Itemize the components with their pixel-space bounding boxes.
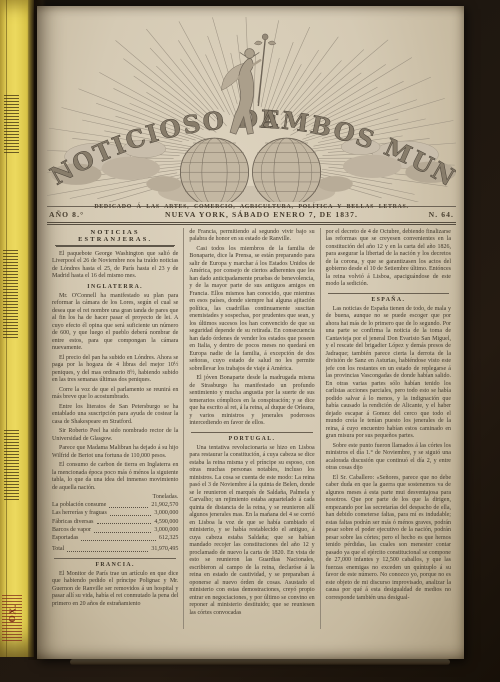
table-row: Esportadas612,325	[52, 535, 178, 542]
paragraph: Corre la voz de que el parlamento se reu…	[52, 387, 178, 402]
paragraph: por el decreto de 4 de Octubre, debiendo…	[326, 229, 451, 289]
paragraph: Las noticias de España tienen de todo, d…	[326, 306, 451, 441]
masthead: NOTICIOSO DE AMBOS MUNDOS DEDICADO Á LAS…	[47, 10, 456, 202]
table-row: Barcos de vapor3,000,000	[52, 527, 178, 534]
dot-leader	[67, 551, 148, 552]
paragraph: Entre los literatos de San Petersburgo s…	[52, 404, 178, 427]
subhead-espana: ESPAÑA.	[326, 297, 451, 303]
dateline-number: N. 64.	[402, 210, 454, 219]
section-header-noticias-estranjeras: NOTICIAS ESTRANJERAS.	[55, 229, 175, 246]
subhead-portugal: PORTUGAL.	[189, 436, 314, 442]
newspaper-page: NOTICIOSO DE AMBOS MUNDOS DEDICADO Á LAS…	[37, 6, 464, 659]
paragraph: Sir Roberto Peel ha sido nombrado rector…	[52, 428, 178, 443]
edge-spine-text: OX.	[7, 603, 18, 622]
dot-leader	[94, 532, 151, 533]
dot-leader	[110, 515, 152, 516]
section-rule	[54, 558, 176, 559]
table-unit-label: Toneladas.	[52, 494, 178, 500]
paragraph: El Monitor de París trae un artículo en …	[52, 571, 178, 609]
paragraph: Mr. O'Connell ha manifestado su plan par…	[52, 293, 178, 353]
table-row: La población consume21,902,570	[52, 502, 178, 509]
dateline-volume: AÑO 8.°	[49, 210, 121, 219]
column-middle: de Francia, permitiendo al segundo vivir…	[183, 228, 319, 629]
paragraph: Sobre este punto fueron llamados á las c…	[326, 443, 451, 473]
section-rule	[191, 432, 312, 433]
column-left: NOTICIAS ESTRANJERAS. El paquebote Georg…	[47, 228, 183, 629]
paragraph: El consumo de carbon de tierra en Inglat…	[52, 462, 178, 492]
paragraph: Una tentativa revolucionaria se hizo en …	[189, 445, 314, 618]
dot-leader	[109, 507, 148, 508]
paragraph: de Francia, permitiendo al segundo vivir…	[189, 229, 314, 244]
masthead-engraving: NOTICIOSO DE AMBOS MUNDOS	[47, 10, 456, 202]
dot-leader	[97, 523, 152, 524]
table-total-row: Total31,970,495	[52, 546, 178, 553]
globe-right-icon	[252, 138, 320, 202]
subhead-francia: FRANCIA.	[52, 562, 178, 568]
paragraph: Casi todos los miembros de la familia de…	[189, 246, 314, 374]
edge-print-smudge	[4, 95, 19, 155]
table-row: Las herrerías y fraguas3,000,000	[52, 510, 178, 517]
book-scan: { "edge": { "spine_text": "OX." }, "mast…	[0, 0, 500, 682]
article-columns: NOTICIAS ESTRANJERAS. El paquebote Georg…	[47, 228, 456, 629]
column-right: por el decreto de 4 de Octubre, debiendo…	[320, 228, 456, 629]
edge-print-smudge	[4, 430, 19, 500]
paragraph: El jóven Bonaparte desde la madrugada mi…	[189, 375, 314, 428]
section-rule	[328, 293, 449, 294]
masthead-dedication: DEDICADO Á LAS ARTES, COMERCIO, AGRICULT…	[47, 204, 456, 210]
paragraph: El precio del pan ha subido en Lóndres. …	[52, 355, 178, 385]
subhead-inglaterra: INGLATERRA.	[52, 284, 178, 290]
table-row: Fábricas diversas4,590,000	[52, 519, 178, 526]
paragraph: El paquebote George Washington que salió…	[52, 251, 178, 281]
dateline-issue: NUEVA YORK, SÁBADO ENERO 7, DE 1837.	[121, 210, 402, 219]
paragraph: Parece que Madama Malibran ha dejado á s…	[52, 445, 178, 460]
paragraph: El Sr. Caballero: «Señores, parece que n…	[326, 475, 451, 603]
globe-left-icon	[180, 138, 248, 202]
edge-print-smudge	[3, 250, 18, 340]
page-stack-edge	[70, 659, 450, 665]
dot-leader	[81, 540, 156, 541]
